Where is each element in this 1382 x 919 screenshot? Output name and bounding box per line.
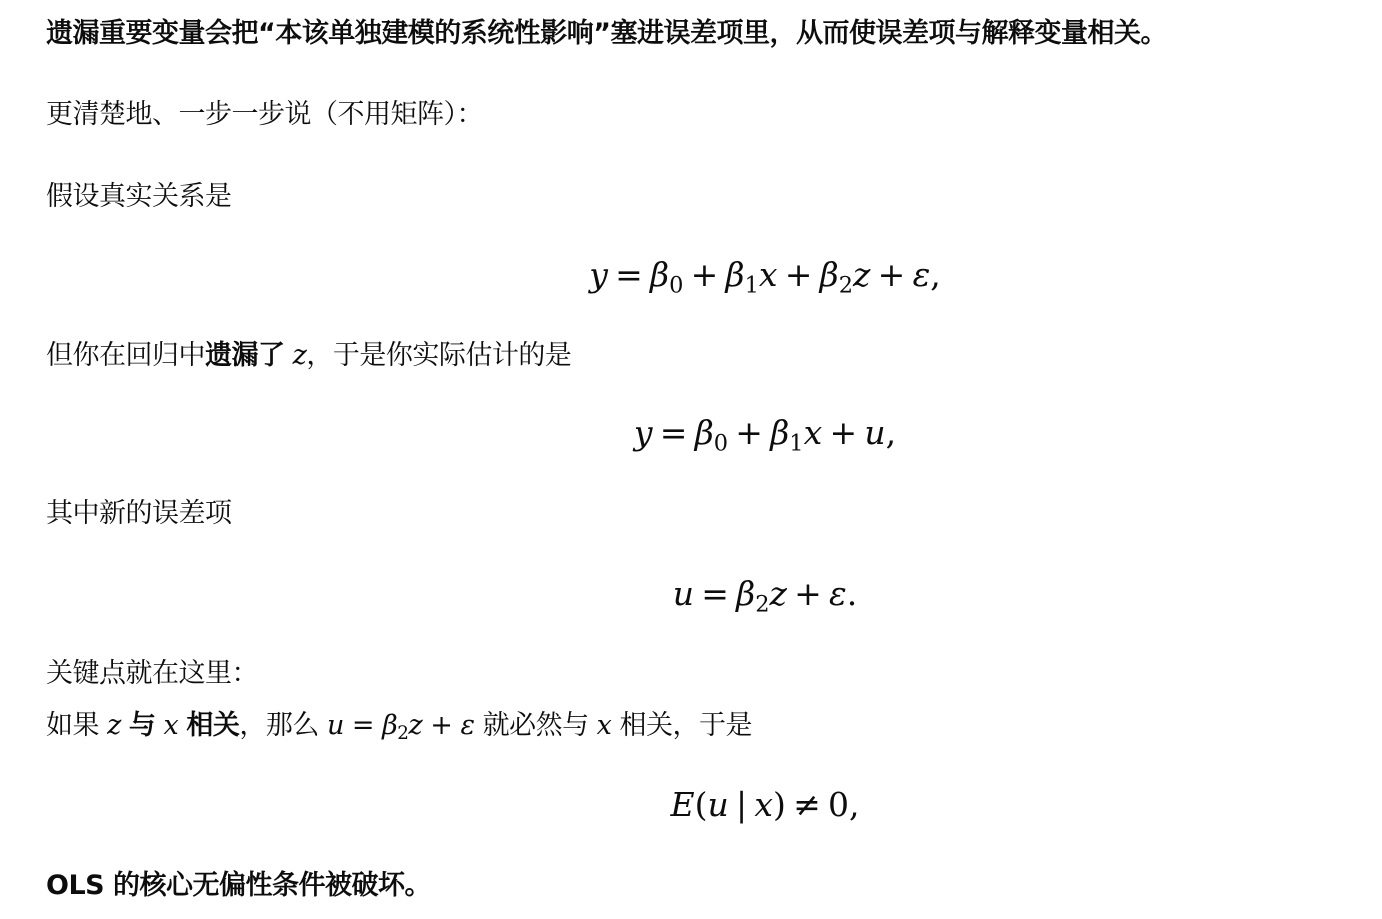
math-z: z: [770, 574, 787, 613]
math-u: u: [673, 574, 694, 613]
math-sub: 0: [669, 272, 683, 298]
omit-bold: 遗漏了: [205, 340, 285, 371]
equation-conditional-expectation: E(u|x)≠0,: [0, 783, 1382, 827]
intro-text: 更清楚地、一步一步说（不用矩阵）：: [46, 95, 483, 135]
text: 就必然与: [483, 710, 589, 741]
math-comma: ,: [930, 255, 941, 294]
math-epsilon: ε: [913, 255, 931, 294]
math-x: x: [759, 255, 778, 294]
math-sub: 2: [755, 591, 769, 617]
math-sub: 1: [789, 430, 803, 456]
math-eq: =: [660, 413, 688, 452]
math-z: z: [853, 255, 870, 294]
math-comma: ,: [886, 413, 897, 452]
math-epsilon: ε: [460, 710, 474, 741]
math-u: u: [707, 785, 728, 824]
math-y: y: [634, 413, 653, 452]
math-beta: β: [820, 255, 839, 294]
math-beta: β: [695, 413, 714, 452]
text: ，那么: [239, 710, 319, 741]
text: 如果: [46, 710, 99, 741]
math-x: x: [164, 710, 179, 741]
math-z: z: [408, 710, 422, 741]
math-epsilon: ε: [829, 574, 847, 613]
math-beta: β: [650, 255, 669, 294]
omit-post: ，于是你实际估计的是: [306, 340, 571, 371]
math-sub: 2: [839, 272, 853, 298]
key-point-text: 关键点就在这里：: [46, 654, 258, 694]
conclusion-text: OLS 的核心无偏性条件被破坏。: [46, 866, 431, 906]
math-u: u: [327, 710, 344, 741]
bold-text: 相关: [186, 710, 239, 741]
math-y: y: [589, 255, 608, 294]
math-beta: β: [736, 574, 755, 613]
equation-estimated-model: y=β0+β1x+u,: [0, 411, 1382, 455]
math-plus: +: [794, 574, 822, 613]
math-sub: 2: [397, 723, 408, 744]
assume-text: 假设真实关系是: [46, 177, 232, 217]
math-E: E: [670, 785, 694, 824]
math-zero: 0: [828, 785, 849, 824]
math-sub: 1: [745, 272, 759, 298]
math-paren: (: [695, 785, 708, 824]
math-paren: ): [773, 785, 786, 824]
omit-text: 但你在回归中遗漏了 z，于是你实际估计的是: [46, 336, 571, 376]
heading: 遗漏重要变量会把“本该单独建模的系统性影响”塞进误差项里，从而使误差项与解释变量…: [46, 14, 1167, 54]
math-beta: β: [382, 710, 397, 741]
math-period: .: [847, 574, 858, 613]
bold-text: 与: [129, 710, 156, 741]
math-plus: +: [430, 710, 452, 741]
math-plus: +: [691, 255, 719, 294]
math-beta: β: [726, 255, 745, 294]
equation-true-model: y=β0+β1x+β2z+ε,: [0, 253, 1382, 297]
math-eq: =: [615, 255, 643, 294]
math-beta: β: [770, 413, 789, 452]
math-plus: +: [829, 413, 857, 452]
math-plus: +: [878, 255, 906, 294]
math-neq: ≠: [793, 785, 821, 824]
math-x: x: [804, 413, 823, 452]
text: 相关，于是: [620, 710, 753, 741]
math-comma: ,: [849, 785, 860, 824]
math-given-bar: |: [736, 785, 747, 824]
math-u: u: [864, 413, 885, 452]
math-plus: +: [785, 255, 813, 294]
math-x: x: [597, 710, 612, 741]
math-sub: 0: [714, 430, 728, 456]
math-x: x: [754, 785, 773, 824]
math-z: z: [107, 710, 121, 741]
if-correlated-text: 如果 z 与 x 相关，那么 u = β2z + ε 就必然与 x 相关，于是: [46, 706, 752, 746]
math-plus: +: [735, 413, 763, 452]
math-z: z: [293, 340, 307, 371]
math-eq: =: [701, 574, 729, 613]
omit-pre: 但你在回归中: [46, 340, 205, 371]
equation-error-term: u=β2z+ε.: [0, 572, 1382, 616]
new-error-text: 其中新的误差项: [46, 494, 232, 534]
math-eq: =: [352, 710, 374, 741]
